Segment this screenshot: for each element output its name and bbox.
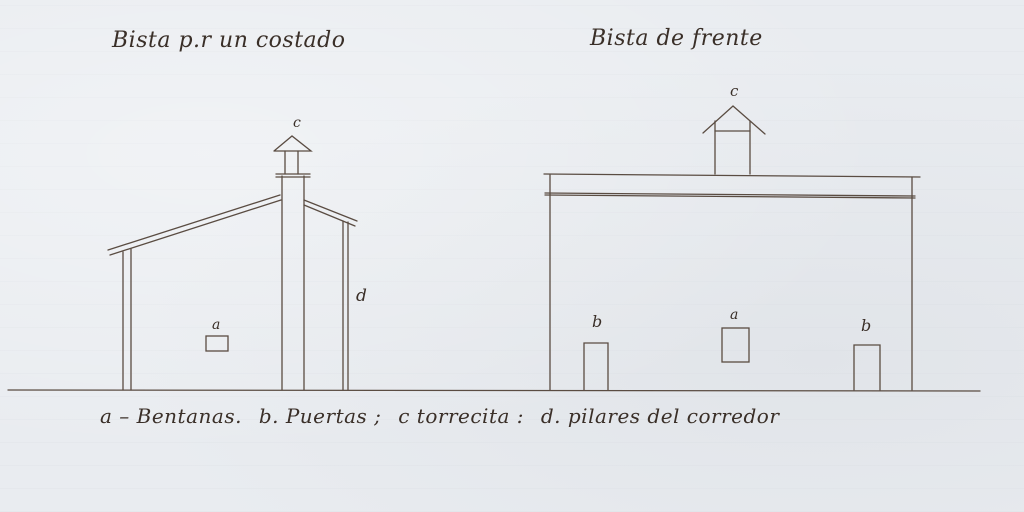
legend: a – Bentanas. b. Puertas ; c torrecita :… (100, 404, 789, 428)
legend-d: d. pilares del corredor (541, 404, 780, 428)
front-turret-label: c (730, 84, 738, 99)
front-door-right-label: b (861, 318, 871, 334)
elevation-drawings (0, 0, 1024, 512)
legend-a: a – Bentanas. (100, 404, 242, 428)
side-window-label: a (212, 318, 220, 332)
side-pillar-label: d (356, 288, 367, 305)
legend-b: b. Puertas ; (259, 404, 382, 428)
front-window-label: a (730, 308, 738, 322)
drawing-sheet: Bista p.r un costado Bista de frente (0, 0, 1024, 512)
side-elevation (108, 136, 357, 390)
ground-line (8, 390, 980, 391)
front-elevation (544, 106, 920, 390)
front-door-left-label: b (592, 314, 602, 330)
legend-c: c torrecita : (398, 404, 524, 428)
side-chimney-label: c (293, 116, 301, 130)
